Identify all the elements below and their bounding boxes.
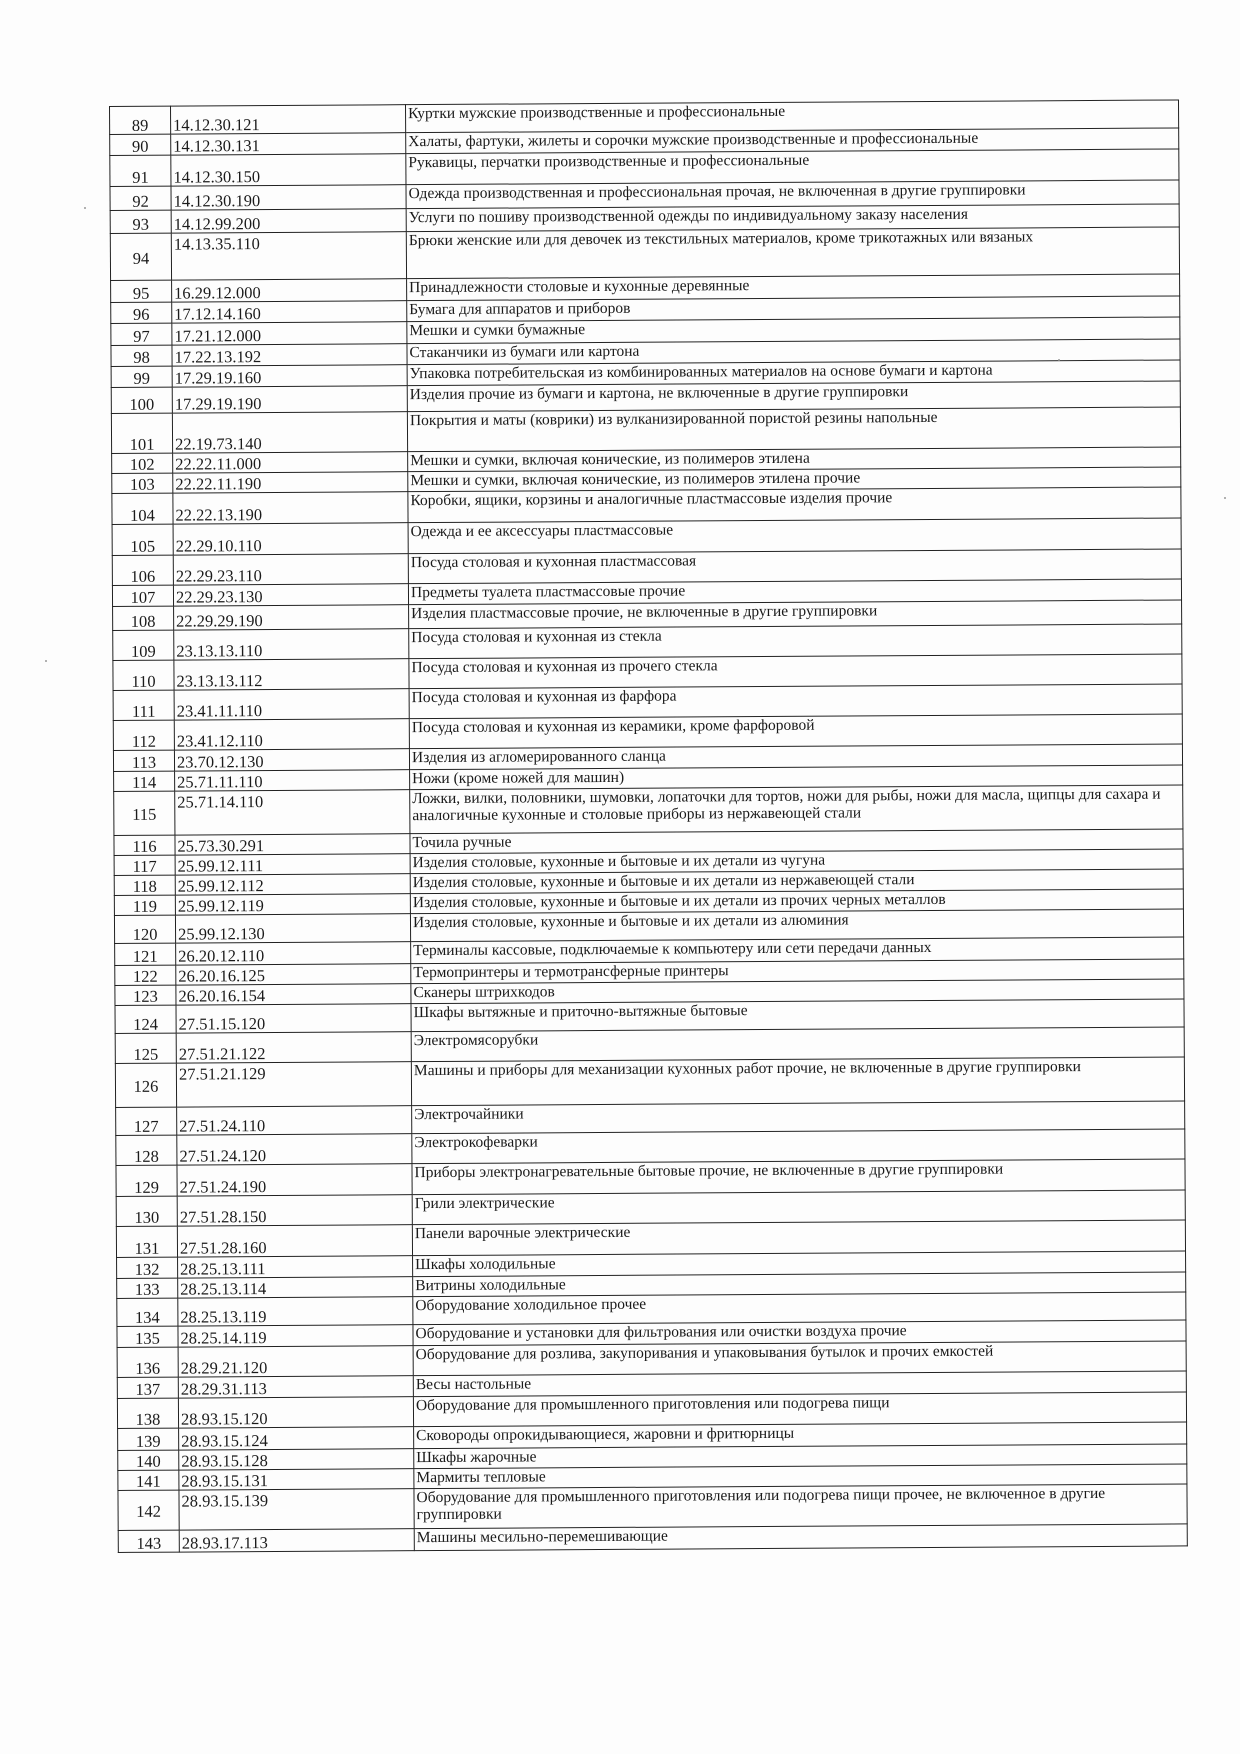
okpd2-code: 27.51.15.120	[176, 1004, 411, 1033]
item-description: Оборудование для розлива, закупоривания …	[413, 1341, 1186, 1376]
row-number: 120	[114, 915, 175, 943]
okpd2-code-table: 8914.12.30.121Куртки мужские производств…	[109, 99, 1188, 1553]
okpd2-code: 26.20.16.154	[176, 984, 411, 1005]
okpd2-code: 28.29.21.120	[178, 1346, 413, 1377]
okpd2-code: 27.51.24.120	[177, 1134, 412, 1165]
row-number: 107	[112, 585, 173, 606]
row-number: 92	[110, 186, 171, 210]
row-number: 137	[117, 1377, 178, 1398]
okpd2-code: 23.41.12.110	[174, 719, 409, 750]
row-number: 100	[111, 387, 172, 413]
item-description: Оборудование для промышленного приготовл…	[414, 1484, 1187, 1529]
row-number: 96	[111, 302, 172, 323]
row-number: 105	[112, 524, 173, 555]
okpd2-code: 28.25.13.114	[178, 1277, 413, 1298]
okpd2-code: 27.51.21.122	[176, 1032, 411, 1063]
table-row: 14228.93.15.139Оборудование для промышле…	[118, 1484, 1187, 1531]
item-description: Коробки, ящики, корзины и аналогичные пл…	[408, 487, 1181, 523]
row-number: 93	[110, 210, 171, 233]
table-row: 11525.71.14.110Ложки, вилки, половники, …	[114, 785, 1183, 836]
okpd2-code: 14.12.30.150	[171, 154, 406, 186]
okpd2-code: 22.29.29.190	[174, 605, 409, 630]
okpd2-code: 14.12.30.190	[171, 185, 406, 210]
okpd2-code: 25.99.12.119	[175, 894, 410, 915]
item-description: Посуда столовая и кухонная из стекла	[409, 624, 1182, 659]
row-number: 89	[110, 106, 171, 134]
okpd2-code: 28.93.17.113	[179, 1529, 414, 1552]
okpd2-code: 28.25.14.119	[178, 1325, 413, 1347]
row-number: 140	[118, 1450, 179, 1470]
item-description: Машины месильно-перемешивающие	[414, 1524, 1187, 1551]
row-number: 122	[115, 965, 176, 985]
row-number: 109	[113, 630, 174, 660]
table-row: 10122.19.73.140Покрытия и маты (коврики)…	[111, 407, 1180, 454]
okpd2-code: 28.93.15.120	[178, 1397, 413, 1428]
okpd2-code: 16.29.12.000	[172, 279, 407, 302]
row-number: 113	[113, 750, 174, 771]
scan-speck	[84, 207, 86, 209]
row-number: 125	[115, 1033, 176, 1063]
okpd2-code: 17.29.19.160	[172, 365, 407, 387]
row-number: 102	[112, 453, 173, 473]
row-number: 99	[111, 366, 172, 387]
table-row: 12627.51.21.129Машины и приборы для меха…	[115, 1057, 1184, 1108]
row-number: 142	[118, 1490, 179, 1530]
row-number: 126	[115, 1063, 176, 1107]
table-body: 8914.12.30.121Куртки мужские производств…	[110, 100, 1188, 1553]
okpd2-code: 28.93.15.131	[179, 1469, 414, 1490]
item-description: Покрытия и маты (коврики) из вулканизиро…	[407, 407, 1180, 452]
okpd2-code: 23.13.13.110	[174, 629, 409, 660]
okpd2-code: 25.99.12.111	[175, 854, 410, 875]
row-number: 130	[116, 1196, 177, 1226]
okpd2-code: 28.29.31.113	[178, 1376, 413, 1398]
okpd2-code: 28.93.15.139	[179, 1489, 414, 1530]
row-number: 117	[114, 855, 175, 875]
row-number: 121	[115, 943, 176, 965]
okpd2-code: 28.25.13.111	[178, 1256, 413, 1278]
okpd2-code: 27.51.24.190	[177, 1164, 412, 1196]
scan-speck	[1058, 359, 1060, 361]
okpd2-code: 22.19.73.140	[172, 412, 407, 453]
row-number: 108	[113, 606, 174, 630]
okpd2-code: 17.29.19.190	[172, 386, 407, 413]
okpd2-code: 25.99.12.130	[175, 914, 410, 943]
okpd2-code: 14.12.30.131	[171, 133, 406, 155]
row-number: 119	[114, 895, 175, 915]
row-number: 103	[112, 473, 173, 493]
okpd2-code: 22.22.13.190	[173, 492, 408, 524]
okpd2-code: 26.20.12.110	[176, 942, 411, 965]
row-number: 138	[117, 1398, 178, 1428]
row-number: 101	[111, 413, 172, 453]
row-number: 141	[118, 1470, 179, 1490]
item-description: Рукавицы, перчатки производственные и пр…	[406, 149, 1179, 185]
okpd2-code: 25.99.12.112	[175, 874, 410, 895]
row-number: 110	[113, 660, 174, 690]
row-number: 106	[112, 555, 173, 585]
row-number: 115	[114, 791, 175, 835]
okpd2-code: 17.21.12.000	[172, 322, 407, 345]
okpd2-code: 28.25.13.119	[178, 1297, 413, 1326]
okpd2-code: 17.12.14.160	[172, 301, 407, 323]
item-description: Ложки, вилки, половники, шумовки, лопато…	[410, 785, 1183, 834]
okpd2-code: 25.71.11.110	[175, 770, 410, 791]
item-description: Оборудование для промышленного приготовл…	[413, 1392, 1186, 1427]
item-description: Посуда столовая и кухонная пластмассовая	[408, 549, 1181, 584]
row-number: 98	[111, 345, 172, 366]
item-description: Одежда и ее аксессуары пластмассовые	[408, 518, 1181, 554]
okpd2-code: 25.71.14.110	[175, 790, 410, 835]
row-number: 128	[116, 1135, 177, 1165]
okpd2-code: 22.29.10.110	[173, 523, 408, 555]
okpd2-code: 17.22.13.192	[172, 344, 407, 366]
row-number: 114	[114, 771, 175, 791]
okpd2-code: 28.93.15.124	[179, 1427, 414, 1450]
row-number: 95	[111, 280, 172, 302]
row-number: 97	[111, 323, 172, 345]
okpd2-code: 27.51.28.160	[177, 1225, 412, 1257]
row-number: 139	[118, 1428, 179, 1450]
row-number: 136	[117, 1347, 178, 1377]
okpd2-code: 22.29.23.130	[173, 584, 408, 606]
okpd2-code: 14.12.30.121	[171, 105, 406, 134]
row-number: 129	[116, 1165, 177, 1196]
okpd2-code: 28.93.15.128	[179, 1449, 414, 1470]
okpd2-code: 22.22.11.190	[173, 472, 408, 493]
row-number: 118	[114, 875, 175, 895]
row-number: 135	[117, 1326, 178, 1347]
okpd2-code: 27.51.21.129	[176, 1062, 411, 1107]
row-number: 104	[112, 493, 173, 524]
item-description: Посуда столовая и кухонная из фарфора	[409, 684, 1182, 719]
row-number: 131	[116, 1226, 177, 1257]
row-number: 91	[110, 155, 171, 186]
item-description: Посуда столовая и кухонная из керамики, …	[409, 714, 1182, 749]
row-number: 116	[114, 835, 175, 855]
okpd2-code: 14.13.35.110	[171, 232, 406, 280]
table-row: 9414.13.35.110Брюки женские или для дево…	[110, 227, 1179, 281]
row-number: 123	[115, 985, 176, 1005]
item-description: Электромясорубки	[411, 1027, 1184, 1062]
row-number: 94	[110, 233, 171, 280]
row-number: 143	[118, 1530, 179, 1552]
okpd2-code: 22.29.23.110	[173, 554, 408, 585]
item-description: Панели варочные электрические	[412, 1220, 1185, 1256]
item-description: Электрокофеварки	[412, 1129, 1185, 1164]
item-description: Грили электрические	[412, 1190, 1185, 1225]
scan-speck	[1224, 497, 1226, 499]
item-description: Машины и приборы для механизации кухонны…	[411, 1057, 1184, 1106]
row-number: 133	[117, 1278, 178, 1298]
scanned-document-page: 8914.12.30.121Куртки мужские производств…	[0, 0, 1240, 1754]
row-number: 127	[116, 1107, 177, 1135]
item-description: Посуда столовая и кухонная из прочего ст…	[409, 654, 1182, 689]
row-number: 132	[117, 1257, 178, 1278]
scan-speck	[45, 660, 47, 662]
okpd2-code: 14.12.99.200	[171, 209, 406, 233]
okpd2-code: 27.51.28.150	[177, 1195, 412, 1226]
okpd2-code: 25.73.30.291	[175, 834, 410, 855]
okpd2-code: 22.22.11.000	[173, 452, 408, 473]
okpd2-code: 27.51.24.110	[177, 1106, 412, 1135]
item-description: Приборы электронагревательные бытовые пр…	[412, 1159, 1185, 1195]
okpd2-code: 26.20.16.125	[176, 964, 411, 985]
row-number: 90	[110, 134, 171, 155]
row-number: 112	[113, 720, 174, 750]
row-number: 134	[117, 1298, 178, 1326]
okpd2-code: 23.41.11.110	[174, 689, 409, 720]
item-description: Брюки женские или для девочек из текстил…	[406, 227, 1179, 279]
okpd2-code: 23.70.12.130	[174, 749, 409, 771]
row-number: 124	[115, 1005, 176, 1033]
row-number: 111	[113, 690, 174, 720]
okpd2-code: 23.13.13.112	[174, 659, 409, 690]
